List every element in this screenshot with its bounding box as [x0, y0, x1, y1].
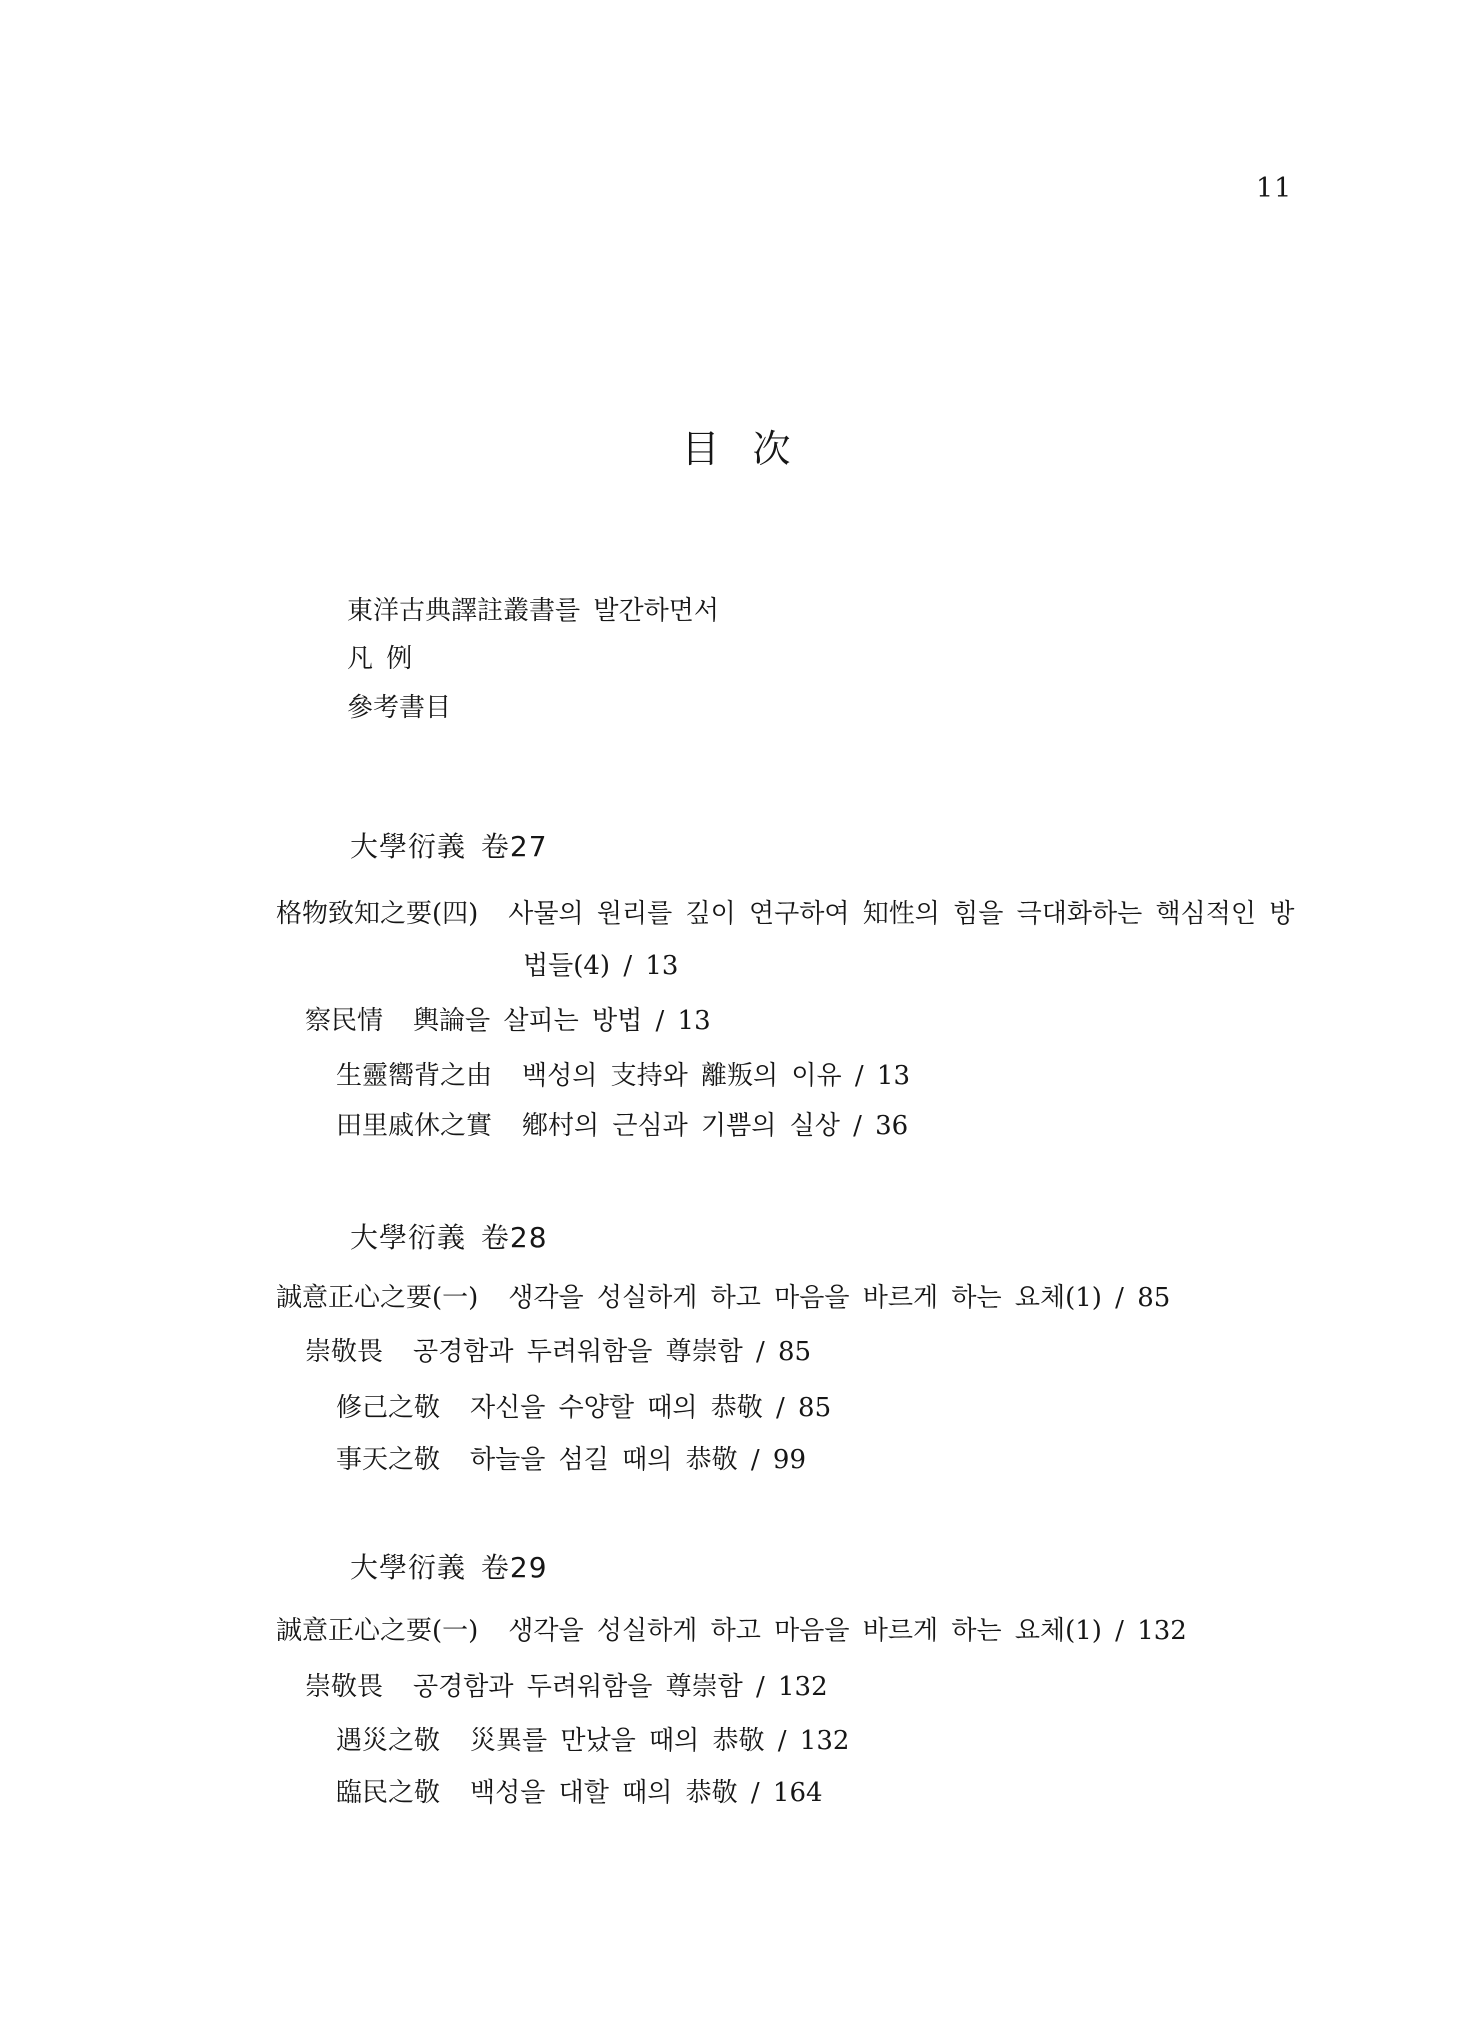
toc-entry: 察民情輿論을 살피는 방법 / 13 [305, 1005, 711, 1038]
entry-text: 사물의 원리를 깊이 연구하여 知性의 힘을 극대화하는 핵심적인 방 [508, 899, 1294, 929]
section-header: 大學衍義 卷29 [350, 1550, 548, 1585]
entry-text: 하늘을 섬길 때의 恭敬 / 99 [470, 1445, 806, 1475]
toc-entry: 誠意正心之要(一)생각을 성실하게 하고 마음을 바르게 하는 요체(1) / … [276, 1282, 1170, 1315]
toc-entry: 格物致知之要(四)사물의 원리를 깊이 연구하여 知性의 힘을 극대화하는 핵심… [276, 898, 1294, 931]
entry-text: 공경함과 두려워함을 尊崇함 / 85 [413, 1337, 811, 1367]
entry-term: 遇災之敬 [336, 1726, 440, 1756]
entry-term: 事天之敬 [336, 1445, 440, 1475]
section-header: 大學衍義 卷27 [350, 829, 548, 864]
entry-term: 崇敬畏 [305, 1337, 383, 1367]
toc-entry: 生靈嚮背之由백성의 支持와 離叛의 이유 / 13 [336, 1060, 910, 1093]
toc-entry: 崇敬畏공경함과 두려워함을 尊崇함 / 132 [305, 1671, 828, 1704]
entry-term: 格物致知之要(四) [276, 899, 478, 929]
entry-text: 災異를 만났을 때의 恭敬 / 132 [470, 1726, 849, 1756]
entry-text: 백성을 대할 때의 恭敬 / 164 [470, 1778, 823, 1808]
toc-entry: 遇災之敬災異를 만났을 때의 恭敬 / 132 [336, 1725, 849, 1758]
entry-term: 崇敬畏 [305, 1672, 383, 1702]
toc-entry-continuation: 법들(4) / 13 [523, 950, 678, 983]
document-page: 11 目 次 東洋古典譯註叢書를 발간하면서 凡 例 參考書目 大學衍義 卷27… [0, 0, 1480, 2024]
entry-term: 誠意正心之要(一) [276, 1283, 478, 1313]
entry-text: 자신을 수양할 때의 恭敬 / 85 [470, 1393, 831, 1423]
toc-entry: 誠意正心之要(一)생각을 성실하게 하고 마음을 바르게 하는 요체(1) / … [276, 1615, 1187, 1648]
front-matter-item: 東洋古典譯註叢書를 발간하면서 [347, 595, 719, 628]
toc-entry: 田里戚休之實鄕村의 근심과 기쁨의 실상 / 36 [336, 1110, 908, 1143]
entry-text: 鄕村의 근심과 기쁨의 실상 / 36 [522, 1111, 908, 1141]
toc-entry: 崇敬畏공경함과 두려워함을 尊崇함 / 85 [305, 1336, 811, 1369]
entry-term: 修己之敬 [336, 1393, 440, 1423]
entry-term: 察民情 [305, 1006, 383, 1036]
entry-term: 生靈嚮背之由 [336, 1061, 492, 1091]
page-title: 目 次 [0, 426, 1480, 474]
entry-text: 輿論을 살피는 방법 / 13 [413, 1006, 711, 1036]
entry-term: 田里戚休之實 [336, 1111, 492, 1141]
entry-text: 법들(4) / 13 [523, 951, 678, 981]
toc-entry: 臨民之敬백성을 대할 때의 恭敬 / 164 [336, 1777, 823, 1810]
page-number: 11 [1256, 172, 1292, 206]
toc-entry: 事天之敬하늘을 섬길 때의 恭敬 / 99 [336, 1444, 806, 1477]
entry-text: 생각을 성실하게 하고 마음을 바르게 하는 요체(1) / 85 [508, 1283, 1170, 1313]
entry-text: 공경함과 두려워함을 尊崇함 / 132 [413, 1672, 828, 1702]
entry-text: 생각을 성실하게 하고 마음을 바르게 하는 요체(1) / 132 [508, 1616, 1187, 1646]
front-matter-item: 凡 例 [347, 643, 412, 676]
section-header: 大學衍義 卷28 [350, 1220, 548, 1255]
entry-term: 臨民之敬 [336, 1778, 440, 1808]
entry-text: 백성의 支持와 離叛의 이유 / 13 [522, 1061, 910, 1091]
entry-term: 誠意正心之要(一) [276, 1616, 478, 1646]
toc-entry: 修己之敬자신을 수양할 때의 恭敬 / 85 [336, 1392, 831, 1425]
front-matter-item: 參考書目 [347, 692, 451, 725]
